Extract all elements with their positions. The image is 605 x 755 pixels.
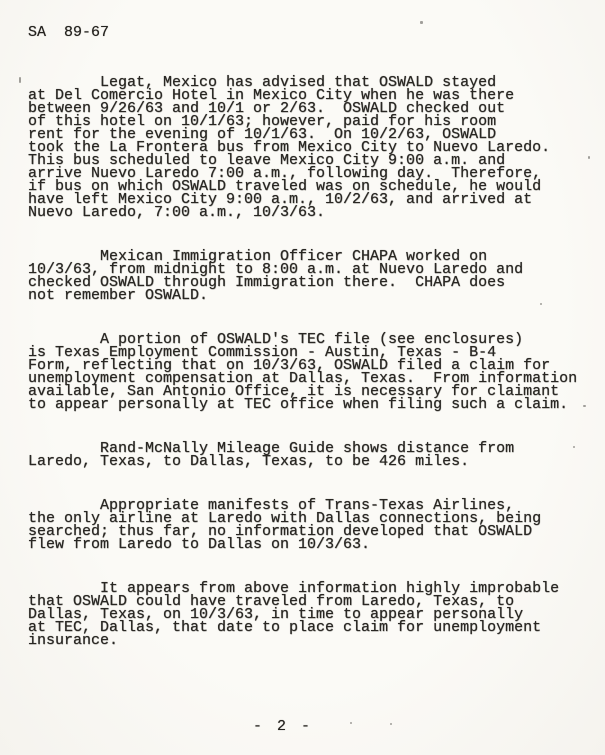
paragraph-airline: Appropriate manifests of Trans-Texas Air…: [28, 499, 588, 551]
page-number: - 2 -: [253, 720, 313, 734]
scan-speck: [588, 156, 590, 159]
scan-speck: [573, 446, 575, 448]
paragraph-hotel-stay: Legat, Mexico has advised that OSWALD st…: [28, 76, 588, 219]
scan-speck: [583, 405, 586, 407]
paragraph-immigration: Mexican Immigration Officer CHAPA worked…: [28, 250, 588, 302]
scan-speck: [420, 21, 423, 24]
document-page: SA 89-67 Legat, Mexico has advised that …: [0, 0, 605, 755]
file-number: SA 89-67: [28, 25, 109, 40]
scan-speck: [540, 303, 542, 305]
scan-speck: [350, 722, 352, 724]
paragraph-tec-file: A portion of OSWALD's TEC file (see encl…: [28, 333, 588, 411]
paragraph-mileage: Rand-McNally Mileage Guide shows distanc…: [28, 442, 588, 468]
paragraph-conclusion: It appears from above information highly…: [28, 582, 588, 647]
document-body: Legat, Mexico has advised that OSWALD st…: [28, 76, 588, 678]
scan-speck: [19, 77, 21, 83]
scan-speck: [390, 723, 392, 725]
